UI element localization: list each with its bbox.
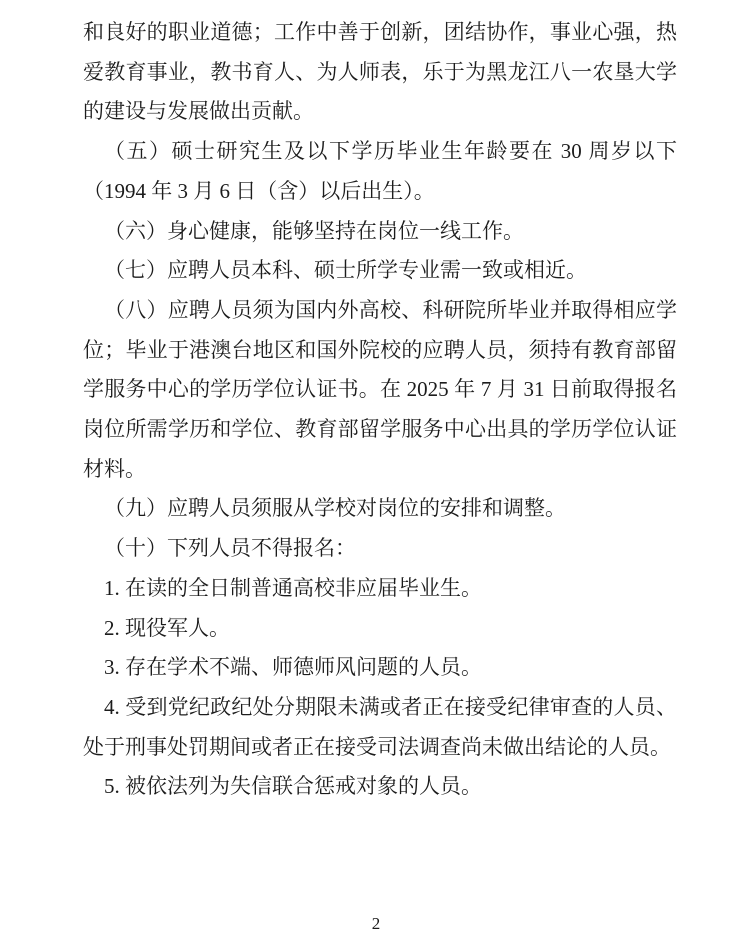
list-item: 2. 现役军人。 bbox=[83, 609, 677, 649]
paragraph: （九）应聘人员须服从学校对岗位的安排和调整。 bbox=[83, 489, 677, 529]
document-page: 和良好的职业道德；工作中善于创新，团结协作，事业心强，热爱教育事业，教书育人、为… bbox=[0, 0, 752, 947]
list-item: 5. 被依法列为失信联合惩戒对象的人员。 bbox=[83, 767, 677, 807]
list-item: 3. 存在学术不端、师德师风问题的人员。 bbox=[83, 648, 677, 688]
list-item: 1. 在读的全日制普通高校非应届毕业生。 bbox=[83, 569, 677, 609]
list-item: 4. 受到党纪政纪处分期限未满或者正在接受纪律审查的人员、处于刑事处罚期间或者正… bbox=[83, 688, 677, 767]
paragraph: 和良好的职业道德；工作中善于创新，团结协作，事业心强，热爱教育事业，教书育人、为… bbox=[83, 13, 677, 132]
page-number: 2 bbox=[0, 914, 752, 934]
paragraph: （五）硕士研究生及以下学历毕业生年龄要在 30 周岁以下（1994 年 3 月 … bbox=[83, 132, 677, 211]
paragraph: （六）身心健康，能够坚持在岗位一线工作。 bbox=[83, 212, 677, 252]
paragraph: （八）应聘人员须为国内外高校、科研院所毕业并取得相应学位；毕业于港澳台地区和国外… bbox=[83, 291, 677, 490]
paragraph: （七）应聘人员本科、硕士所学专业需一致或相近。 bbox=[83, 251, 677, 291]
paragraph: （十）下列人员不得报名： bbox=[83, 529, 677, 569]
